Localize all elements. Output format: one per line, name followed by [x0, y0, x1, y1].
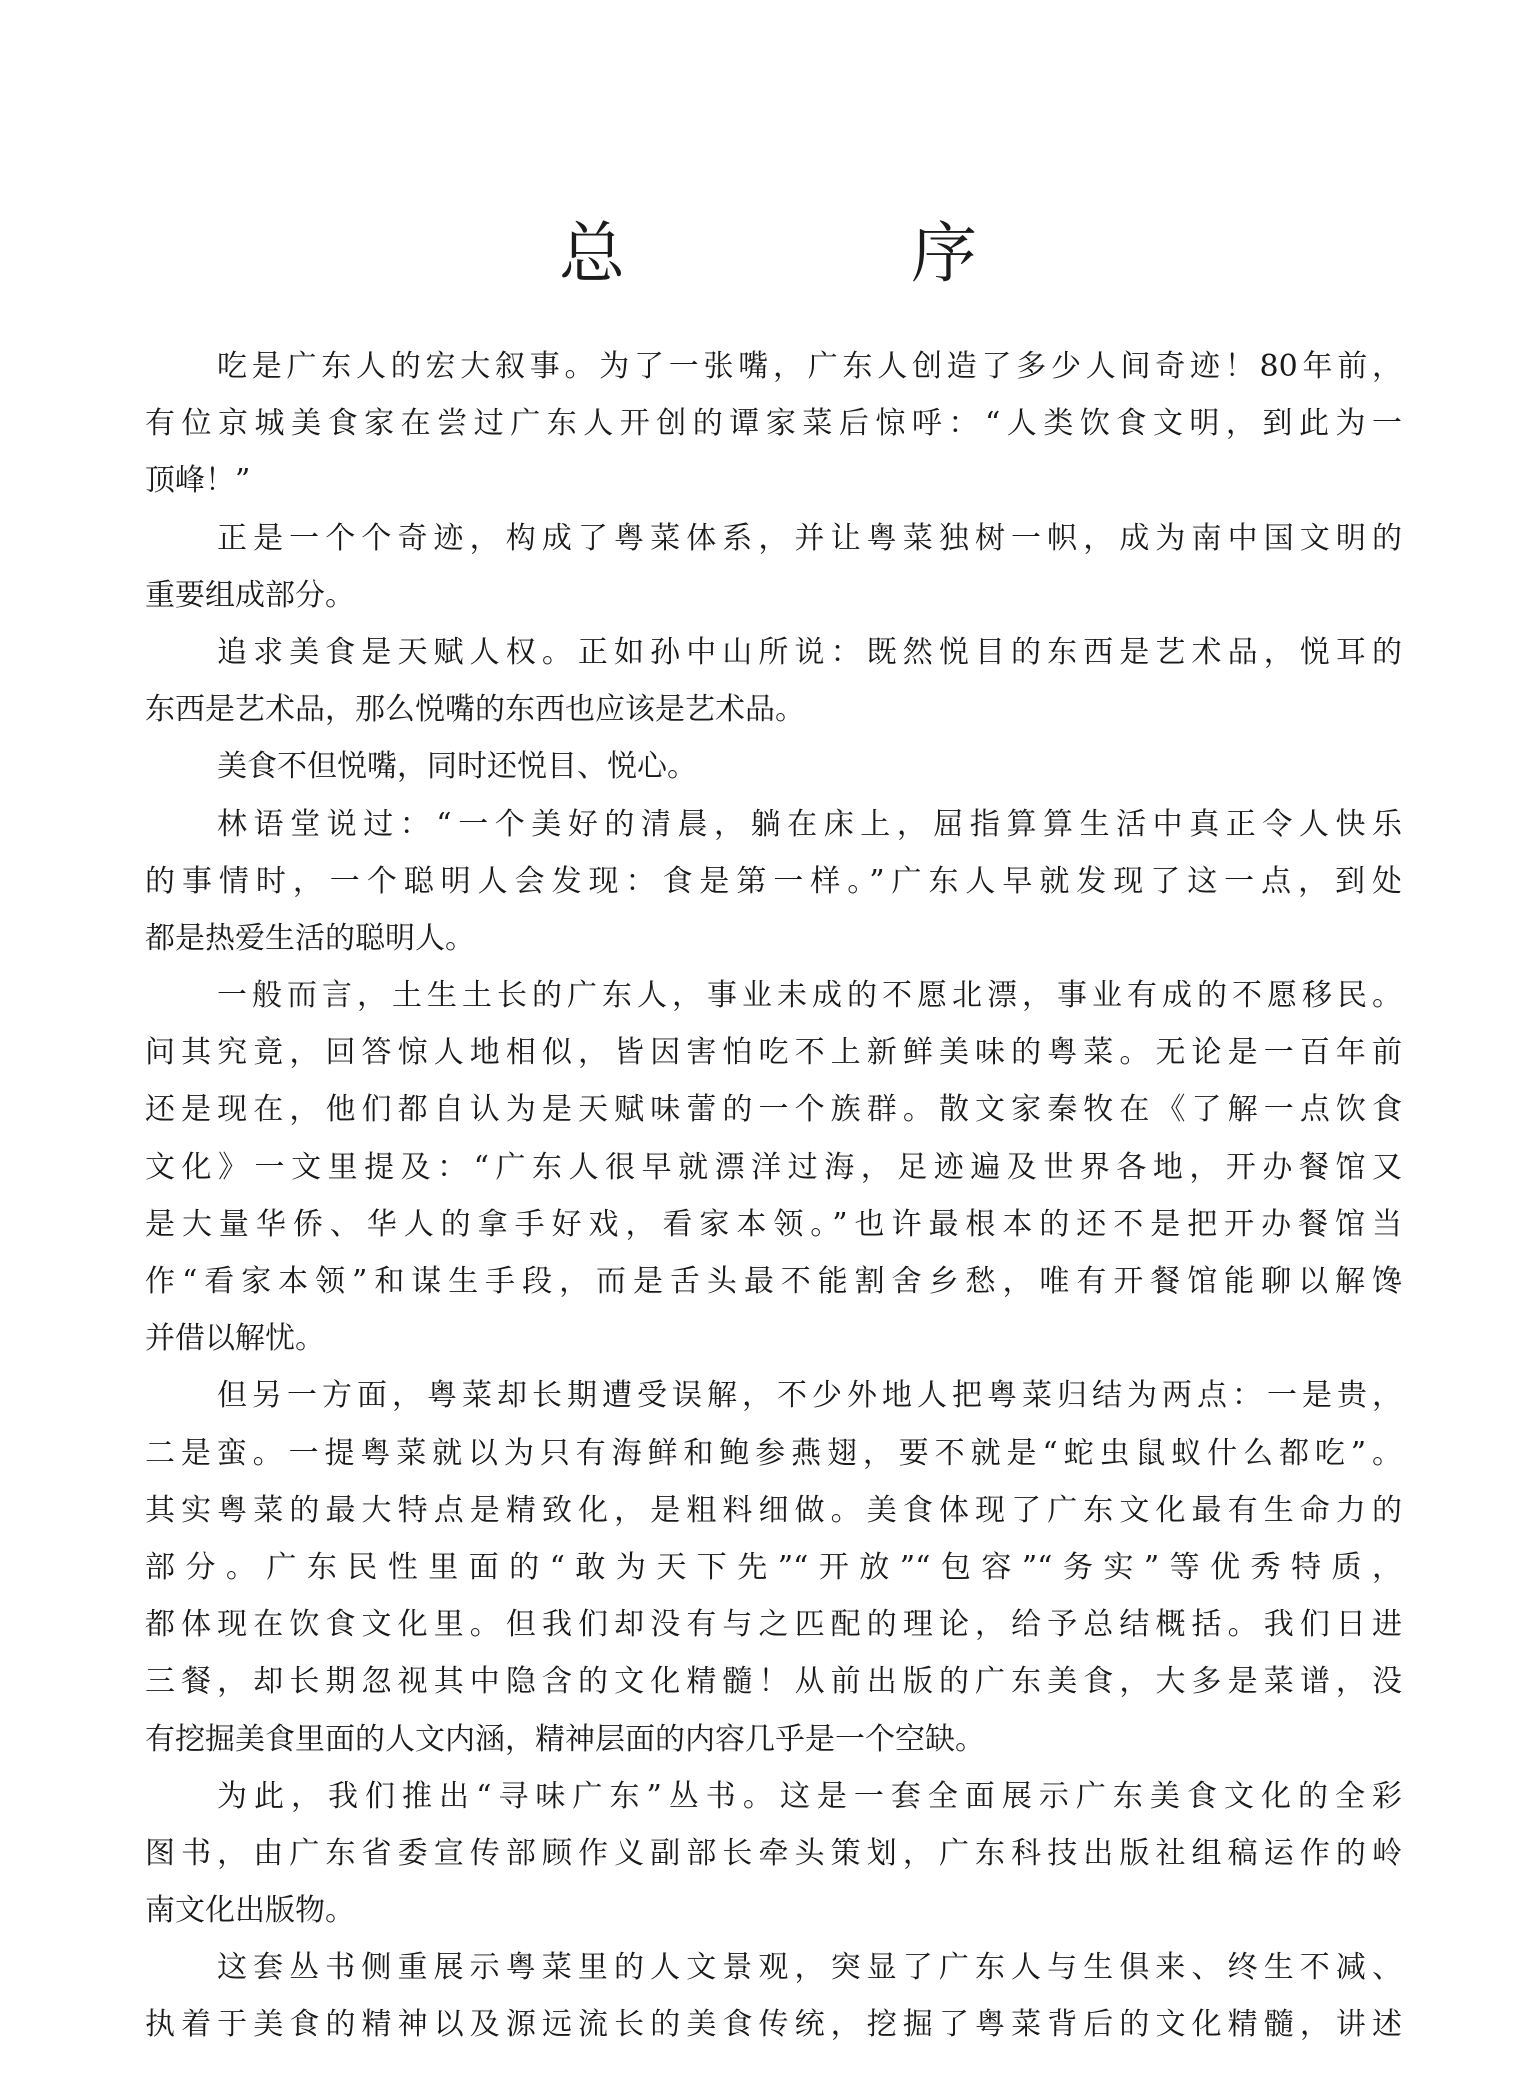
text-line: 林语堂说过：“一个美好的清晨，躺在床上，屈指算算生活中真正令人快乐 — [145, 796, 1402, 853]
text-line: 东西是艺术品，那么悦嘴的东西也应该是艺术品。 — [145, 681, 1402, 738]
text-line: 美食不但悦嘴，同时还悦目、悦心。 — [145, 738, 1402, 795]
paragraph: 吃是广东人的宏大叙事。为了一张嘴，广东人创造了多少人间奇迹！80年前， 有位京城… — [145, 338, 1402, 510]
text-line: 南文化出版物。 — [145, 1882, 1402, 1939]
text-line: 还是现在，他们都自认为是天赋味蕾的一个族群。散文家秦牧在《了解一点饮食 — [145, 1081, 1402, 1138]
text-line: 并借以解忧。 — [145, 1310, 1402, 1367]
text-line: 正是一个个奇迹，构成了粤菜体系，并让粤菜独树一帜，成为南中国文明的 — [145, 510, 1402, 567]
text-line: 为此，我们推出“寻味广东”丛书。这是一套全面展示广东美食文化的全彩 — [145, 1768, 1402, 1825]
text-line: 重要组成部分。 — [145, 567, 1402, 624]
paragraph: 美食不但悦嘴，同时还悦目、悦心。 — [145, 738, 1402, 795]
text-line: 其实粤菜的最大特点是精致化，是粗料细做。美食体现了广东文化最有生命力的 — [145, 1482, 1402, 1539]
text-line: 作“看家本领”和谋生手段，而是舌头最不能割舍乡愁，唯有开餐馆能聊以解馋 — [145, 1253, 1402, 1310]
text-line: 问其究竟，回答惊人地相似，皆因害怕吃不上新鲜美味的粤菜。无论是一百年前 — [145, 1024, 1402, 1081]
text-line: 图书，由广东省委宣传部顾作义副部长牵头策划，广东科技出版社组稿运作的岭 — [145, 1825, 1402, 1882]
text-line: 部分。广东民性里面的“敢为天下先”“开放”“包容”“务实”等优秀特质， — [145, 1539, 1402, 1596]
paragraph: 这套丛书侧重展示粤菜里的人文景观，突显了广东人与生俱来、终生不减、 执着于美食的… — [145, 1939, 1402, 2053]
text-line: 顶峰！” — [145, 452, 1402, 509]
text-line: 吃是广东人的宏大叙事。为了一张嘴，广东人创造了多少人间奇迹！80年前， — [145, 338, 1402, 395]
text-line: 都体现在饮食文化里。但我们却没有与之匹配的理论，给予总结概括。我们日进 — [145, 1596, 1402, 1653]
paragraph: 正是一个个奇迹，构成了粤菜体系，并让粤菜独树一帜，成为南中国文明的 重要组成部分… — [145, 510, 1402, 624]
paragraph: 但另一方面，粤菜却长期遭受误解，不少外地人把粤菜归结为两点：一是贵， 二是蛮。一… — [145, 1367, 1402, 1767]
text-line: 三餐，却长期忽视其中隐含的文化精髓！从前出版的广东美食，大多是菜谱，没 — [145, 1653, 1402, 1710]
paragraph: 追求美食是天赋人权。正如孙中山所说：既然悦目的东西是艺术品，悦耳的 东西是艺术品… — [145, 624, 1402, 738]
text-line: 二是蛮。一提粤菜就以为只有海鲜和鲍参燕翅，要不就是“蛇虫鼠蚁什么都吃”。 — [145, 1425, 1402, 1482]
text-line: 但另一方面，粤菜却长期遭受误解，不少外地人把粤菜归结为两点：一是贵， — [145, 1367, 1402, 1424]
paragraph: 为此，我们推出“寻味广东”丛书。这是一套全面展示广东美食文化的全彩 图书，由广东… — [145, 1768, 1402, 1940]
paragraph: 一般而言，土生土长的广东人，事业未成的不愿北漂，事业有成的不愿移民。 问其究竟，… — [145, 967, 1402, 1367]
text-line: 都是热爱生活的聪明人。 — [145, 910, 1402, 967]
page-title: 总 序 — [0, 216, 1536, 292]
preface-body: 吃是广东人的宏大叙事。为了一张嘴，广东人创造了多少人间奇迹！80年前， 有位京城… — [145, 338, 1402, 2054]
text-line: 的事情时，一个聪明人会发现：食是第一样。”广东人早就发现了这一点，到处 — [145, 853, 1402, 910]
text-line: 这套丛书侧重展示粤菜里的人文景观，突显了广东人与生俱来、终生不减、 — [145, 1939, 1402, 1996]
text-line: 有挖掘美食里面的人文内涵，精神层面的内容几乎是一个空缺。 — [145, 1711, 1402, 1768]
text-line: 执着于美食的精神以及源远流长的美食传统，挖掘了粤菜背后的文化精髓，讲述 — [145, 1996, 1402, 2053]
paragraph: 林语堂说过：“一个美好的清晨，躺在床上，屈指算算生活中真正令人快乐 的事情时，一… — [145, 796, 1402, 968]
text-line: 追求美食是天赋人权。正如孙中山所说：既然悦目的东西是艺术品，悦耳的 — [145, 624, 1402, 681]
text-line: 一般而言，土生土长的广东人，事业未成的不愿北漂，事业有成的不愿移民。 — [145, 967, 1402, 1024]
text-line: 是大量华侨、华人的拿手好戏，看家本领。”也许最根本的还不是把开办餐馆当 — [145, 1196, 1402, 1253]
text-line: 有位京城美食家在尝过广东人开创的谭家菜后惊呼：“人类饮食文明，到此为一 — [145, 395, 1402, 452]
text-line: 文化》一文里提及：“广东人很早就漂洋过海，足迹遍及世界各地，开办餐馆又 — [145, 1139, 1402, 1196]
